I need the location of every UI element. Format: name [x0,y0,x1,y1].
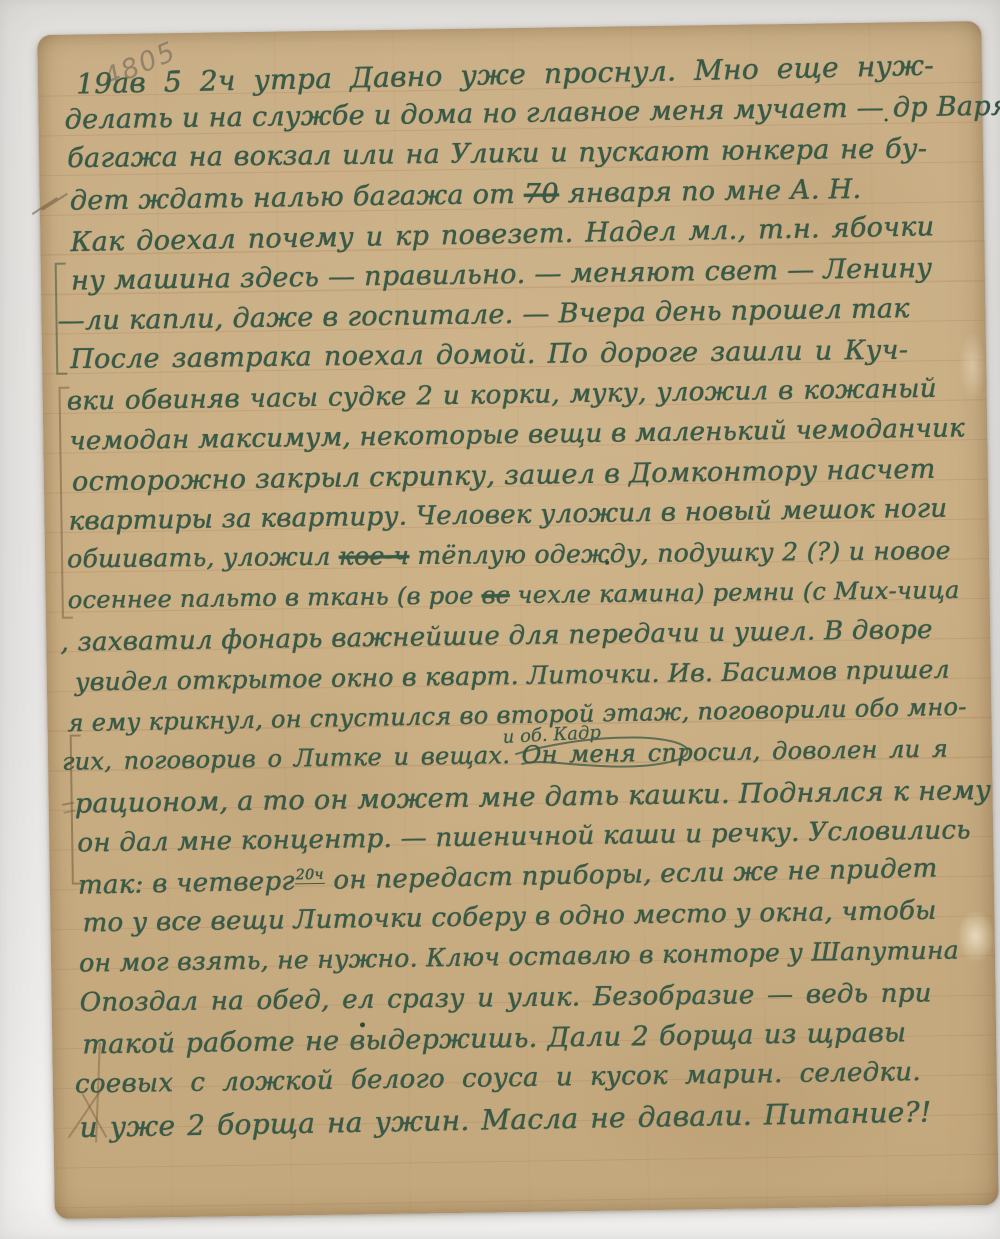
manuscript-line: ну машина здесь — правильно. — меняют св… [71,253,899,296]
ink-speck [360,1022,365,1027]
strikethrough-word: кое-ч [339,541,410,571]
handwriting-text: багажа на вокзал или на Улики и пускают … [67,133,927,174]
handwriting-text: он передаст приборы, если же не придет [324,854,937,896]
superscript-annotation: 20ч [294,867,324,885]
handwriting-text: он мог взять, не нужно. Ключ оставлю в к… [79,935,959,977]
manuscript-line: вки обвиняв часы судке 2 и корки, муку, … [66,374,936,417]
manuscript-line: квартиры за квартиру. Человек уложил в н… [68,494,938,537]
manuscript-line: Опоздал на обед, ел сразу и улик. Безобр… [79,978,931,1018]
manuscript-page: 4805 19ав 5̄ 2ч утра Давно уже проснул. … [37,21,998,1219]
manuscript-line: то у все вещи Литочки соберу в одно мест… [82,896,912,938]
handwriting-text: вки обвиняв часы судке 2 и корки, муку, … [66,374,936,417]
manuscript-line: , захватил фонарь важнейшие для передачи… [60,615,916,658]
handwriting-text: то у все вещи Литочки соберу в одно мест… [82,896,936,939]
handwriting-text: дет ждать налью багажа от [70,179,525,217]
margin-bracket-ink [55,263,68,375]
handwriting-text: и уже 2 борща на ужин. Масла не давали. … [79,1095,931,1144]
manuscript-line: обшивать, уложил кое-ч тёплую одежду, по… [67,536,943,573]
handwriting-text: тёплую одежду, подушку 2 (?) и новое [409,536,951,570]
scan-background: { "annotations": { "archive_number": "48… [0,0,1000,1239]
manuscript-line: осеннее пальто в ткань (в рое вс чехле к… [67,576,955,614]
manuscript-line: делать и на службе и дома но главное мен… [64,92,936,136]
manuscript-line: он дал мне концентр. — пшеничной каши и … [77,816,931,859]
handwriting-text: Как доехал почему и кр повезет. Надел мл… [70,211,934,258]
handwriting-block: 19ав 5̄ 2ч утра Давно уже проснул. Мно е… [37,21,998,1219]
handwriting-text: рационом, а то он может мне дать кашки. … [74,775,991,820]
manuscript-line: он мог взять, не нужно. Ключ оставлю в к… [79,936,935,978]
handwriting-text: Опоздал на обед, ел сразу и улик. Безобр… [79,978,931,1018]
manuscript-line: так: в четверг20ч он передаст приборы, е… [78,854,924,901]
manuscript-line: багажа на вокзал или на Улики и пускают … [67,133,927,174]
manuscript-line: и уже 2 борща на ужин. Масла не давали. … [79,1095,931,1144]
manuscript-line: Как доехал почему и кр повезет. Надел мл… [70,211,934,258]
handwriting-text: квартиры за квартиру. Человек уложил в н… [68,494,947,537]
handwriting-text: осеннее пальто в ткань (в рое [67,581,481,614]
manuscript-line: дет ждать налью багажа от 70 января по м… [70,175,752,216]
ink-speck [885,118,888,121]
manuscript-line: —ли капли, даже в госпитале. — Вчера ден… [57,293,901,337]
manuscript-line: такой работе не выдержишь. Дали 2 борща … [82,1017,906,1060]
handwriting-text: чехле камина) ремни (с Мих-чица [509,576,959,609]
manuscript-line: чемодан максимум, некоторые вещи в мален… [69,414,937,457]
handwriting-text: обшивать, уложил [67,542,339,574]
handwriting-text: он дал мне концентр. — пшеничной каши и … [77,815,971,858]
handwriting-text: чемодан максимум, некоторые вещи в мален… [69,413,965,456]
handwriting-text: соевых с ложкой белого соуса и кусок мар… [75,1057,921,1100]
handwriting-text: так: в четверг [78,866,295,900]
handwriting-text: увидел открытое окно в кварт. Литочки. И… [75,655,950,697]
manuscript-line: увидел открытое окно в кварт. Литочки. И… [75,655,933,697]
handwriting-text: , захватил фонарь важнейшие для передачи… [60,615,933,658]
manuscript-line: соевых с ложкой белого соуса и кусок мар… [75,1057,921,1100]
handwriting-text: После завтрака поехал домой. По дороге з… [70,335,908,376]
handwriting-text: —ли капли, даже в госпитале. — Вчера ден… [57,293,909,337]
strikethrough-word: 70 [524,178,559,210]
manuscript-line: рационом, а то он может мне дать кашки. … [74,776,930,820]
manuscript-line: После завтрака поехал домой. По дороге з… [70,335,908,376]
handwriting-text: января по мне А. Н. [559,174,862,209]
handwriting-text: такой работе не выдержишь. Дали 2 борща … [82,1017,906,1060]
manuscript-line: осторожно закрыл скрипку, зашел в Домкон… [72,454,908,497]
handwriting-text: осторожно закрыл скрипку, зашел в Домкон… [72,454,936,498]
strikethrough-word: вс [481,581,509,609]
ink-speck [605,561,609,565]
handwriting-text: ну машина здесь — правильно. — меняют св… [71,253,933,297]
